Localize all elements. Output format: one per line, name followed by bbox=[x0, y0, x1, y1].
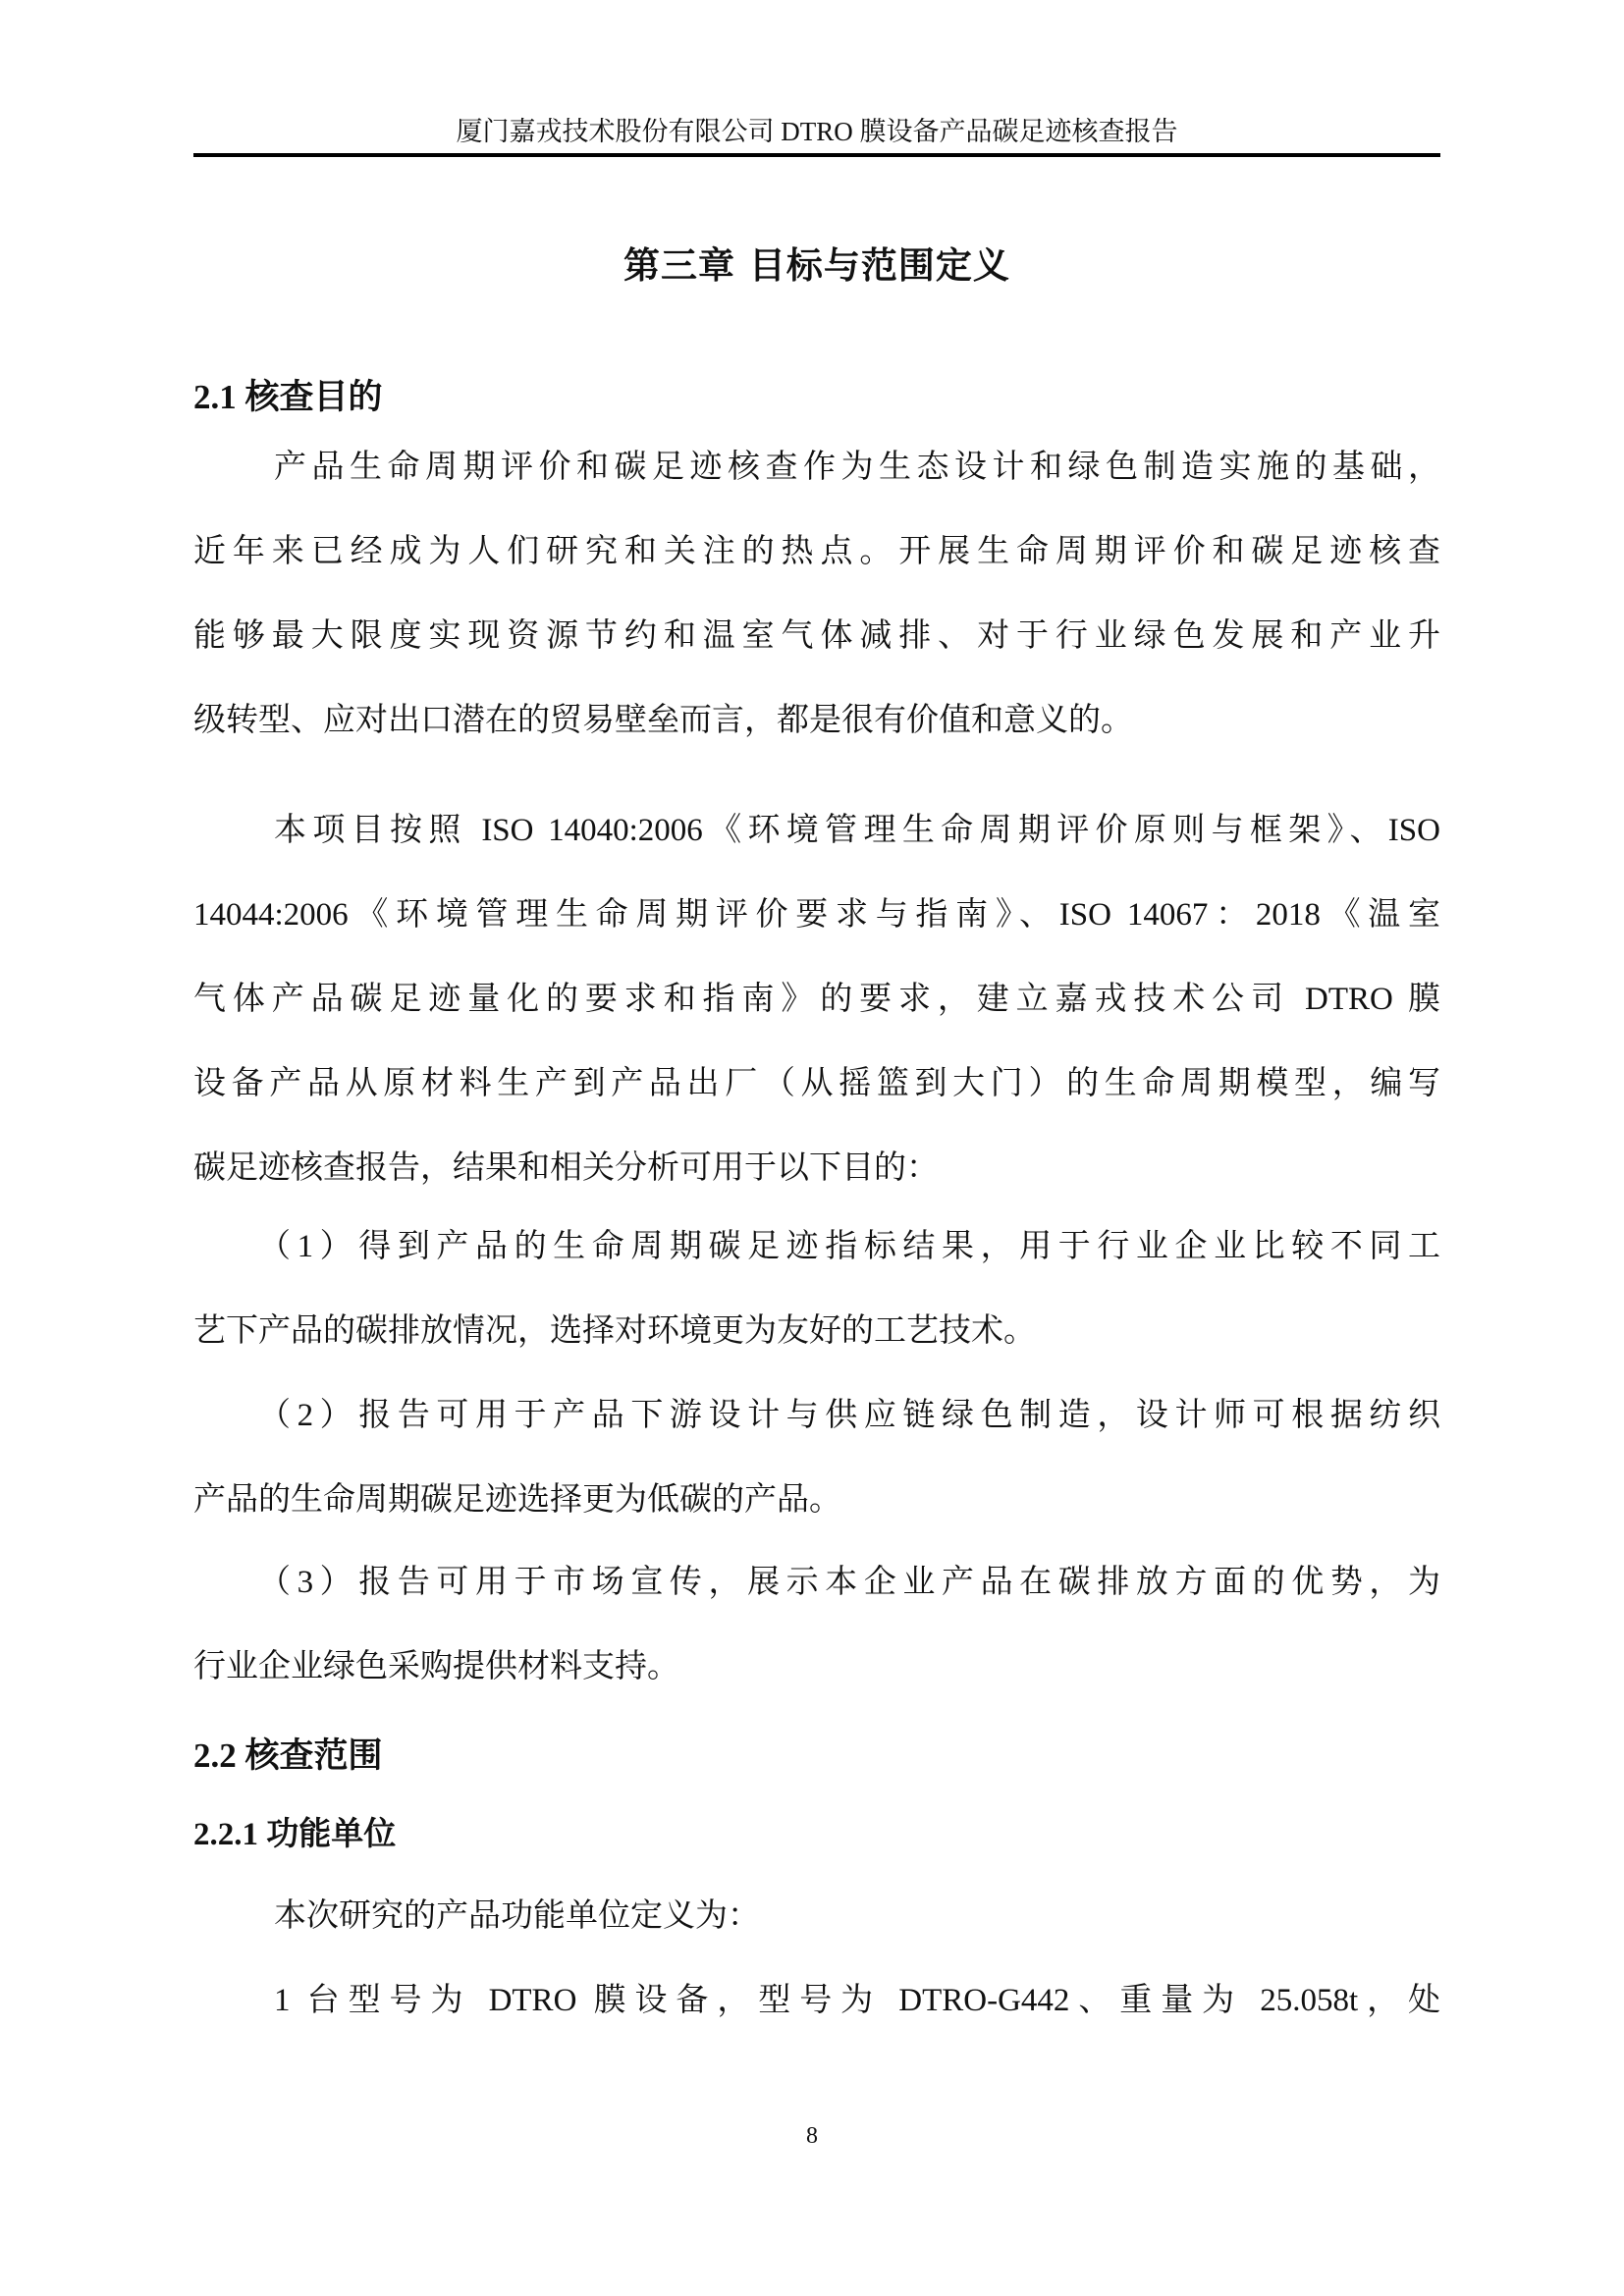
page-number: 8 bbox=[783, 2120, 841, 2152]
section-heading-2-2: 2.2 核查范围 bbox=[193, 1732, 383, 1781]
paragraph-line: 本次研究的产品功能单位定义为： bbox=[193, 1893, 1440, 1940]
section-heading-2-1: 2.1 核查目的 bbox=[193, 373, 383, 422]
paragraph-line: （3）报告可用于市场宣传，展示本企业产品在碳排放方面的优势，为 bbox=[193, 1559, 1440, 1606]
subsection-heading-2-2-1: 2.2.1 功能单位 bbox=[193, 1812, 396, 1857]
paragraph-line: 产品的生命周期碳足迹选择更为低碳的产品。 bbox=[193, 1476, 1440, 1523]
paragraph-line: 行业企业绿色采购提供材料支持。 bbox=[193, 1643, 1440, 1690]
paragraph-line: 级转型、应对出口潜在的贸易壁垒而言，都是很有价值和意义的。 bbox=[193, 697, 1440, 744]
paragraph-line: 14044:2006《环境管理生命周期评价要求与指南》、ISO 14067：20… bbox=[193, 891, 1440, 938]
header-rule bbox=[193, 153, 1440, 157]
paragraph-line: 产品生命周期评价和碳足迹核查作为生态设计和绿色制造实施的基础， bbox=[193, 444, 1440, 491]
paragraph-line: 能够最大限度实现资源节约和温室气体减排、对于行业绿色发展和产业升 bbox=[193, 613, 1440, 660]
paragraph-line: （2）报告可用于产品下游设计与供应链绿色制造，设计师可根据纺织 bbox=[193, 1392, 1440, 1439]
paragraph-line: 气体产品碳足迹量化的要求和指南》的要求，建立嘉戎技术公司 DTRO 膜 bbox=[193, 976, 1440, 1023]
paragraph-line: 近年来已经成为人们研究和关注的热点。开展生命周期评价和碳足迹核查 bbox=[193, 528, 1440, 575]
paragraph-line: （1）得到产品的生命周期碳足迹指标结果，用于行业企业比较不同工 bbox=[193, 1223, 1440, 1270]
paragraph-line: 1 台型号为 DTRO 膜设备，型号为 DTRO-G442、重量为 25.058… bbox=[193, 1977, 1440, 2024]
paragraph-line: 设备产品从原材料生产到产品出厂（从摇篮到大门）的生命周期模型，编写 bbox=[193, 1060, 1440, 1107]
running-header: 厦门嘉戎技术股份有限公司 DTRO 膜设备产品碳足迹核查报告 bbox=[193, 112, 1440, 151]
paragraph-line: 碳足迹核查报告，结果和相关分析可用于以下目的： bbox=[193, 1145, 1440, 1192]
paragraph-line: 本项目按照 ISO 14040:2006《环境管理生命周期评价原则与框架》、IS… bbox=[193, 807, 1440, 854]
chapter-title: 第三章 目标与范围定义 bbox=[193, 241, 1440, 291]
paragraph-line: 艺下产品的碳排放情况，选择对环境更为友好的工艺技术。 bbox=[193, 1308, 1440, 1355]
